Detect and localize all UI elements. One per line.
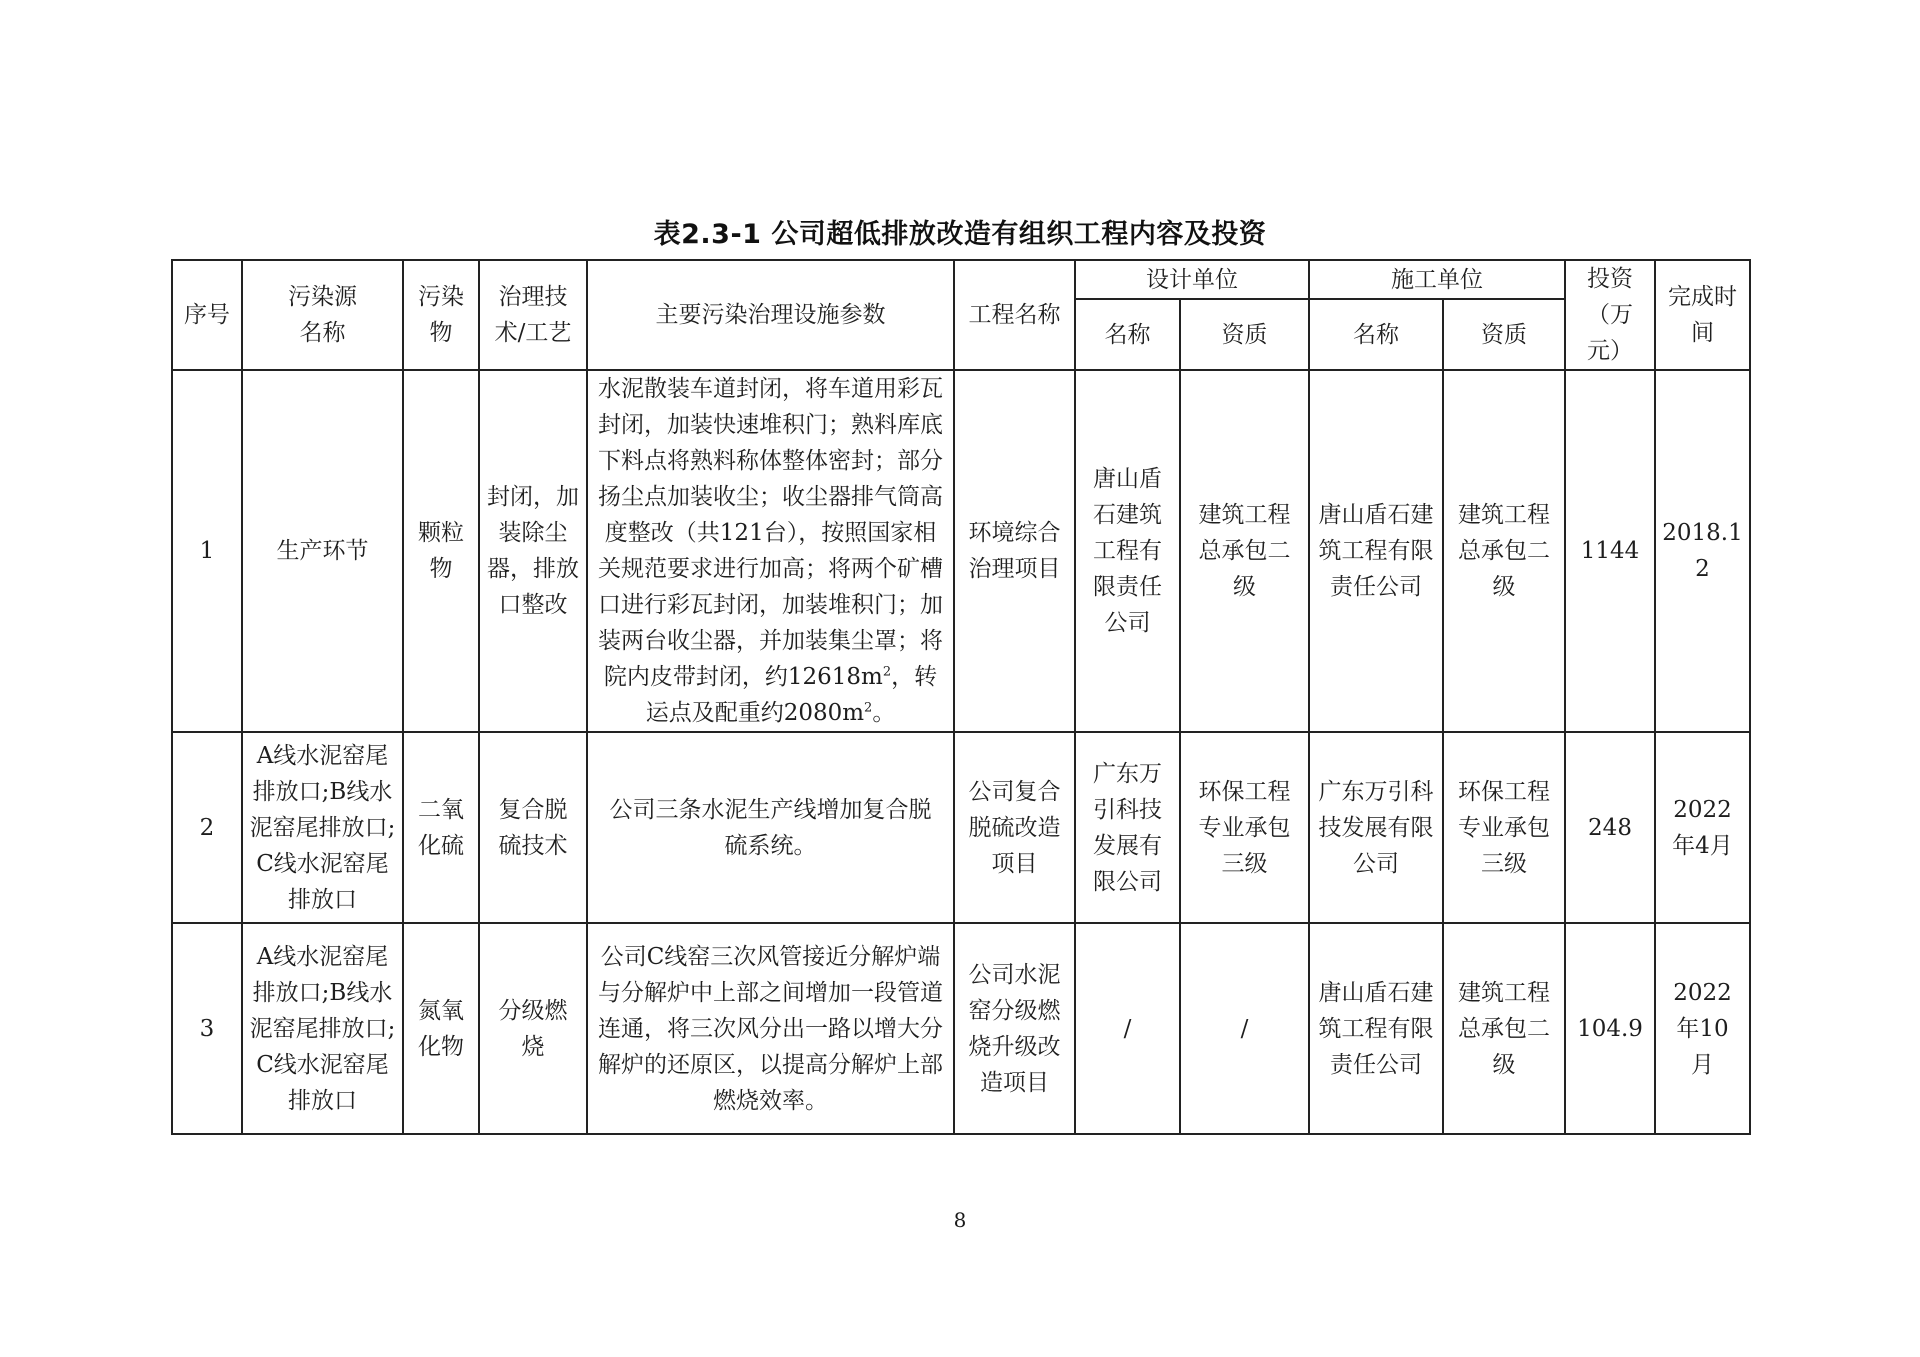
- header-source-name: 污染源名称: [242, 260, 403, 370]
- cell-investment: 248: [1565, 732, 1655, 923]
- header-construct-qual: 资质: [1443, 299, 1565, 370]
- cell-seq: 1: [172, 370, 242, 732]
- cell-construct-qual: 环保工程专业承包三级: [1443, 732, 1565, 923]
- cell-design-qual: 环保工程专业承包三级: [1180, 732, 1309, 923]
- header-project-name: 工程名称: [954, 260, 1075, 370]
- table-title: 表2.3-1 公司超低排放改造有组织工程内容及投资: [0, 212, 1920, 251]
- table-row: 2 A线水泥窑尾排放口;B线水泥窑尾排放口;C线水泥窑尾排放口 二氧化硫 复合脱…: [172, 732, 1750, 923]
- cell-source-name: 生产环节: [242, 370, 403, 732]
- cell-construct-name: 唐山盾石建筑工程有限责任公司: [1309, 370, 1443, 732]
- cell-design-name: 广东万引科技发展有限公司: [1075, 732, 1180, 923]
- header-investment: 投资（万元）: [1565, 260, 1655, 370]
- emission-project-table: 序号 污染源名称 污染物 治理技术/工艺 主要污染治理设施参数 工程名称 设计单…: [171, 259, 1751, 1135]
- cell-completion: 2022年4月: [1655, 732, 1750, 923]
- cell-construct-qual: 建筑工程总承包二级: [1443, 370, 1565, 732]
- cell-params: 水泥散装车道封闭，将车道用彩瓦封闭，加装快速堆积门；熟料库底下料点将熟料称体整体…: [587, 370, 954, 732]
- cell-design-name: /: [1075, 923, 1180, 1134]
- page-number: 8: [0, 1208, 1920, 1232]
- header-technology: 治理技术/工艺: [479, 260, 587, 370]
- header-completion: 完成时间: [1655, 260, 1750, 370]
- cell-pollutant: 颗粒物: [403, 370, 479, 732]
- table-row: 3 A线水泥窑尾排放口;B线水泥窑尾排放口;C线水泥窑尾排放口 氮氧化物 分级燃…: [172, 923, 1750, 1134]
- cell-seq: 3: [172, 923, 242, 1134]
- cell-project-name: 公司水泥窑分级燃烧升级改造项目: [954, 923, 1075, 1134]
- cell-seq: 2: [172, 732, 242, 923]
- header-design-name: 名称: [1075, 299, 1180, 370]
- header-construct-unit: 施工单位: [1309, 260, 1565, 299]
- cell-completion: 2018.12: [1655, 370, 1750, 732]
- header-design-unit: 设计单位: [1075, 260, 1309, 299]
- cell-project-name: 公司复合脱硫改造项目: [954, 732, 1075, 923]
- superscript-2: 2: [883, 664, 891, 679]
- cell-construct-name: 广东万引科技发展有限公司: [1309, 732, 1443, 923]
- params-text-a: 水泥散装车道封闭，将车道用彩瓦封闭，加装快速堆积门；熟料库底下料点将熟料称体整体…: [598, 376, 943, 690]
- params-text-c: 。: [872, 700, 895, 726]
- cell-project-name: 环境综合治理项目: [954, 370, 1075, 732]
- cell-construct-qual: 建筑工程总承包二级: [1443, 923, 1565, 1134]
- cell-source-name: A线水泥窑尾排放口;B线水泥窑尾排放口;C线水泥窑尾排放口: [242, 923, 403, 1134]
- header-pollutant: 污染物: [403, 260, 479, 370]
- table-row: 1 生产环节 颗粒物 封闭，加装除尘器，排放口整改 水泥散装车道封闭，将车道用彩…: [172, 370, 1750, 732]
- cell-pollutant: 氮氧化物: [403, 923, 479, 1134]
- header-params: 主要污染治理设施参数: [587, 260, 954, 370]
- header-construct-name: 名称: [1309, 299, 1443, 370]
- cell-investment: 104.9: [1565, 923, 1655, 1134]
- cell-technology: 复合脱硫技术: [479, 732, 587, 923]
- cell-technology: 封闭，加装除尘器，排放口整改: [479, 370, 587, 732]
- cell-pollutant: 二氧化硫: [403, 732, 479, 923]
- cell-params: 公司C线窑三次风管接近分解炉端与分解炉中上部之间增加一段管道连通，将三次风分出一…: [587, 923, 954, 1134]
- header-row-top: 序号 污染源名称 污染物 治理技术/工艺 主要污染治理设施参数 工程名称 设计单…: [172, 260, 1750, 299]
- header-seq: 序号: [172, 260, 242, 370]
- header-design-qual: 资质: [1180, 299, 1309, 370]
- cell-params: 公司三条水泥生产线增加复合脱硫系统。: [587, 732, 954, 923]
- cell-design-qual: 建筑工程总承包二级: [1180, 370, 1309, 732]
- cell-design-name: 唐山盾石建筑工程有限责任公司: [1075, 370, 1180, 732]
- cell-completion: 2022年10月: [1655, 923, 1750, 1134]
- cell-source-name: A线水泥窑尾排放口;B线水泥窑尾排放口;C线水泥窑尾排放口: [242, 732, 403, 923]
- cell-technology: 分级燃烧: [479, 923, 587, 1134]
- cell-design-qual: /: [1180, 923, 1309, 1134]
- cell-construct-name: 唐山盾石建筑工程有限责任公司: [1309, 923, 1443, 1134]
- cell-investment: 1144: [1565, 370, 1655, 732]
